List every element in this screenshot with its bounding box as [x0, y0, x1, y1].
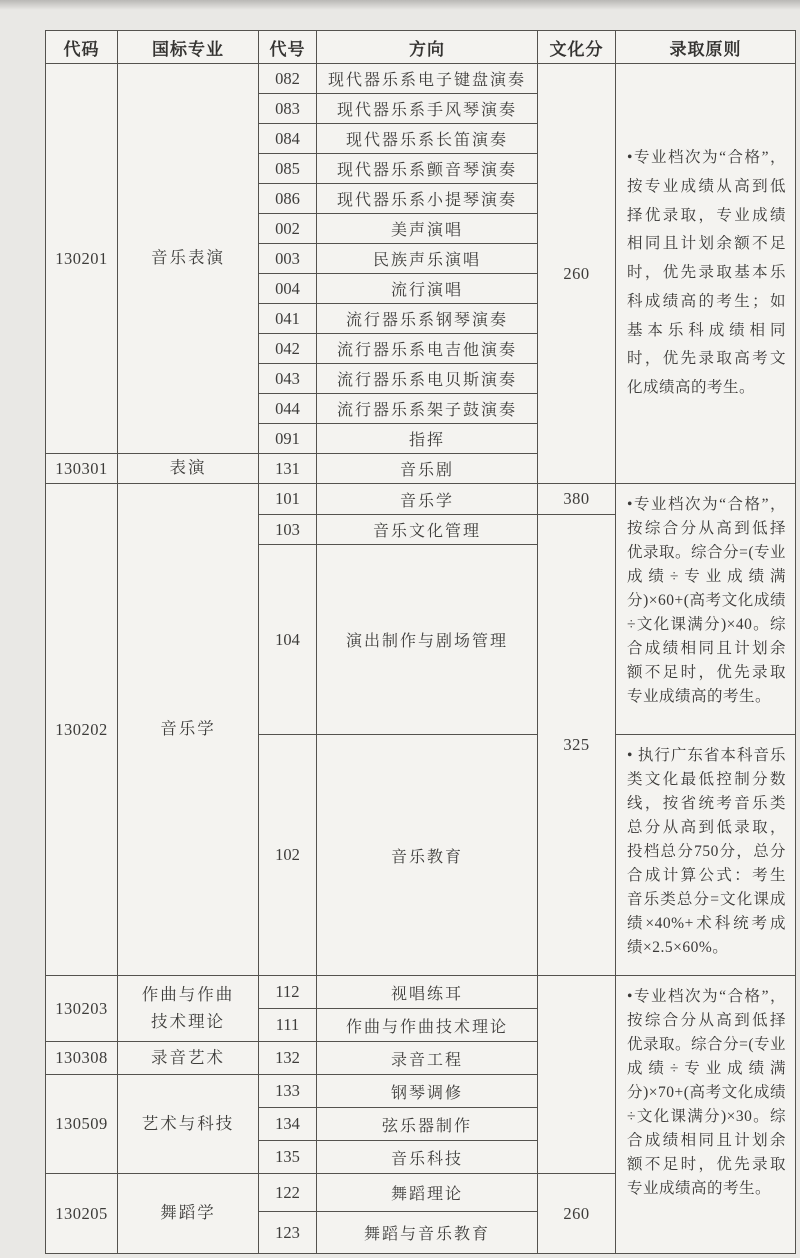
direction-cell: 音乐学 [317, 484, 538, 515]
num-cell: 122 [259, 1174, 317, 1212]
code-cell: 130509 [46, 1075, 118, 1174]
culture-score-cell: 260 [538, 64, 616, 484]
header-principle: 录取原则 [616, 31, 796, 64]
admission-principle-cell: • 执行广东省本科音乐类文化最低控制分数线，按省统考音乐类总分从高到低录取，投档… [616, 735, 796, 976]
num-cell: 004 [259, 274, 317, 304]
direction-cell: 钢琴调修 [317, 1075, 538, 1108]
culture-score-cell: 260 [538, 1174, 616, 1254]
num-cell: 091 [259, 424, 317, 454]
num-cell: 003 [259, 244, 317, 274]
major-cell: 录音艺术 [118, 1042, 259, 1075]
code-cell: 130205 [46, 1174, 118, 1254]
num-cell: 103 [259, 515, 317, 545]
major-cell: 音乐学 [118, 484, 259, 976]
direction-cell: 流行器乐系钢琴演奏 [317, 304, 538, 334]
num-cell: 084 [259, 124, 317, 154]
num-cell: 101 [259, 484, 317, 515]
num-cell: 043 [259, 364, 317, 394]
num-cell: 132 [259, 1042, 317, 1075]
admission-principle-cell: •专业档次为“合格”，按综合分从高到低择优录取。综合分=(专业成绩÷专业成绩满分… [616, 484, 796, 735]
num-cell: 041 [259, 304, 317, 334]
major-cell: 舞蹈学 [118, 1174, 259, 1254]
major-cell: 音乐表演 [118, 64, 259, 454]
major-cell: 表演 [118, 454, 259, 484]
table-row: 130201 音乐表演 082 现代器乐系电子键盘演奏 260 •专业档次为“合… [46, 64, 796, 94]
num-cell: 002 [259, 214, 317, 244]
num-cell: 131 [259, 454, 317, 484]
direction-cell: 音乐教育 [317, 735, 538, 976]
direction-cell: 指挥 [317, 424, 538, 454]
major-cell: 艺术与科技 [118, 1075, 259, 1174]
direction-cell: 作曲与作曲技术理论 [317, 1009, 538, 1042]
code-cell: 130301 [46, 454, 118, 484]
direction-cell: 弦乐器制作 [317, 1108, 538, 1141]
code-cell: 130308 [46, 1042, 118, 1075]
num-cell: 123 [259, 1212, 317, 1254]
direction-cell: 现代器乐系手风琴演奏 [317, 94, 538, 124]
direction-cell: 录音工程 [317, 1042, 538, 1075]
code-cell: 130201 [46, 64, 118, 454]
num-cell: 085 [259, 154, 317, 184]
direction-cell: 音乐文化管理 [317, 515, 538, 545]
header-num: 代号 [259, 31, 317, 64]
table-row: 130202 音乐学 101 音乐学 380 •专业档次为“合格”，按综合分从高… [46, 484, 796, 515]
admission-principle-cell: •专业档次为“合格”，按综合分从高到低择优录取。综合分=(专业成绩÷专业成绩满分… [616, 976, 796, 1254]
direction-cell: 流行器乐系电贝斯演奏 [317, 364, 538, 394]
num-cell: 102 [259, 735, 317, 976]
header-culture-score: 文化分 [538, 31, 616, 64]
num-cell: 104 [259, 545, 317, 735]
direction-cell: 音乐剧 [317, 454, 538, 484]
direction-cell: 美声演唱 [317, 214, 538, 244]
table-header-row: 代码 国标专业 代号 方向 文化分 录取原则 [46, 31, 796, 64]
direction-cell: 民族声乐演唱 [317, 244, 538, 274]
admissions-table: 代码 国标专业 代号 方向 文化分 录取原则 130201 音乐表演 082 现… [45, 30, 796, 1254]
code-cell: 130202 [46, 484, 118, 976]
culture-score-cell: 325 [538, 515, 616, 976]
scanned-admissions-page: 代码 国标专业 代号 方向 文化分 录取原则 130201 音乐表演 082 现… [0, 0, 800, 1258]
num-cell: 135 [259, 1141, 317, 1174]
direction-cell: 现代器乐系长笛演奏 [317, 124, 538, 154]
num-cell: 042 [259, 334, 317, 364]
direction-cell: 舞蹈理论 [317, 1174, 538, 1212]
table-row: 130203 作曲与作曲技术理论 112 视唱练耳 •专业档次为“合格”，按综合… [46, 976, 796, 1009]
admission-principle-cell: •专业档次为“合格”，按专业成绩从高到低择优录取，专业成绩相同且计划余额不足时，… [616, 64, 796, 484]
culture-score-cell [538, 976, 616, 1174]
header-code: 代码 [46, 31, 118, 64]
direction-cell: 流行器乐系架子鼓演奏 [317, 394, 538, 424]
num-cell: 134 [259, 1108, 317, 1141]
num-cell: 086 [259, 184, 317, 214]
num-cell: 112 [259, 976, 317, 1009]
num-cell: 044 [259, 394, 317, 424]
direction-cell: 现代器乐系颤音琴演奏 [317, 154, 538, 184]
direction-cell: 流行演唱 [317, 274, 538, 304]
direction-cell: 流行器乐系电吉他演奏 [317, 334, 538, 364]
major-cell: 作曲与作曲技术理论 [118, 976, 259, 1042]
direction-cell: 音乐科技 [317, 1141, 538, 1174]
direction-cell: 演出制作与剧场管理 [317, 545, 538, 735]
header-direction: 方向 [317, 31, 538, 64]
code-cell: 130203 [46, 976, 118, 1042]
num-cell: 083 [259, 94, 317, 124]
direction-cell: 舞蹈与音乐教育 [317, 1212, 538, 1254]
header-major: 国标专业 [118, 31, 259, 64]
num-cell: 082 [259, 64, 317, 94]
direction-cell: 视唱练耳 [317, 976, 538, 1009]
num-cell: 133 [259, 1075, 317, 1108]
direction-cell: 现代器乐系电子键盘演奏 [317, 64, 538, 94]
num-cell: 111 [259, 1009, 317, 1042]
culture-score-cell: 380 [538, 484, 616, 515]
direction-cell: 现代器乐系小提琴演奏 [317, 184, 538, 214]
photo-edge-shadow [0, 0, 800, 10]
